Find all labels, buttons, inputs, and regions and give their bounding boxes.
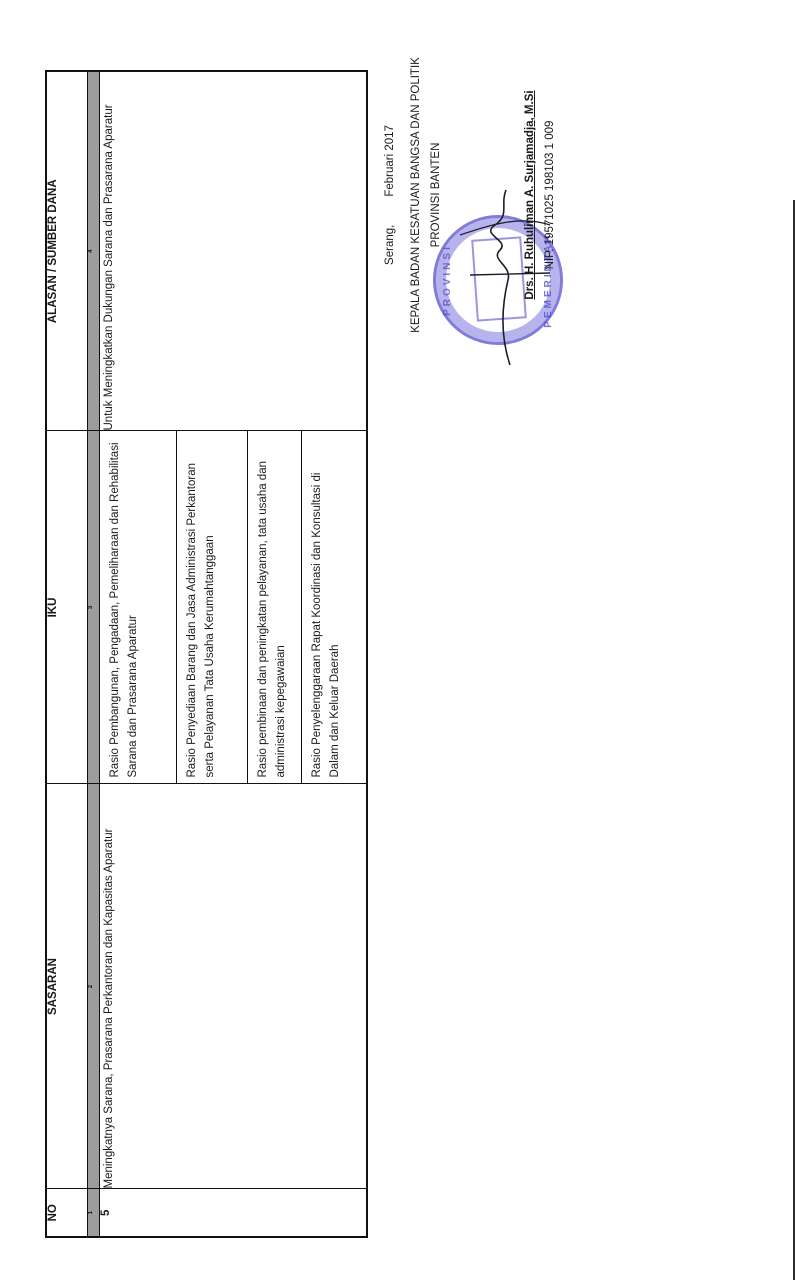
header-no: NO xyxy=(46,1189,88,1237)
iku-cell: Rasio Pembangunan, Pengadaan, Pemelihara… xyxy=(100,431,368,784)
iku-item: Rasio Penyelenggaraan Rapat Koordinasi d… xyxy=(302,432,366,784)
column-number-4: 4 xyxy=(88,71,100,431)
document-page: NO SASARAN IKU ALASAN / SUMBER DANA 1 2 … xyxy=(0,0,795,1280)
alasan-text: Untuk Meningkatkan Dukungan Sarana dan P… xyxy=(100,71,368,431)
signature-date: Februari 2017 xyxy=(380,125,400,197)
signature-place: Serang, xyxy=(380,225,400,265)
signature-title-line2: PROVINSI BANTEN xyxy=(426,5,446,385)
signature-block: Serang, Februari 2017 KEPALA BADAN KESAT… xyxy=(380,5,560,385)
iku-table: NO SASARAN IKU ALASAN / SUMBER DANA 1 2 … xyxy=(45,70,368,1238)
iku-item: Rasio Penyediaan Barang dan Jasa Adminis… xyxy=(177,432,248,784)
signature-space xyxy=(446,5,516,385)
iku-item: Rasio Pembangunan, Pengadaan, Pemelihara… xyxy=(100,432,177,784)
iku-list: Rasio Pembangunan, Pengadaan, Pemelihara… xyxy=(100,432,366,784)
signature-title-line1: KEPALA BADAN KESATUAN BANGSA DAN POLITIK xyxy=(406,5,426,385)
table-row: 5 Meningkatnya Sarana, Prasarana Perkant… xyxy=(100,71,368,1237)
column-number-band: 1 2 3 4 xyxy=(88,71,100,1237)
signature-place-date: Serang, Februari 2017 xyxy=(380,5,400,385)
table-header-row: NO SASARAN IKU ALASAN / SUMBER DANA xyxy=(46,71,88,1237)
row-number: 5 xyxy=(100,1189,368,1237)
iku-item: Rasio pembinaan dan peningkatan pelayana… xyxy=(248,432,302,784)
header-alasan: ALASAN / SUMBER DANA xyxy=(46,71,88,431)
column-number-1: 1 xyxy=(88,1189,100,1237)
signatory-name: Drs. H. Ruhuliman A. Surjamadja, M.Si xyxy=(520,5,540,385)
column-number-2: 2 xyxy=(88,784,100,1189)
sasaran-text: Meningkatnya Sarana, Prasarana Perkantor… xyxy=(100,784,368,1189)
header-sasaran: SASARAN xyxy=(46,784,88,1189)
column-number-3: 3 xyxy=(88,431,100,784)
signatory-nip: NIP. 19571025 198103 1 009 xyxy=(540,5,560,385)
header-iku: IKU xyxy=(46,431,88,784)
